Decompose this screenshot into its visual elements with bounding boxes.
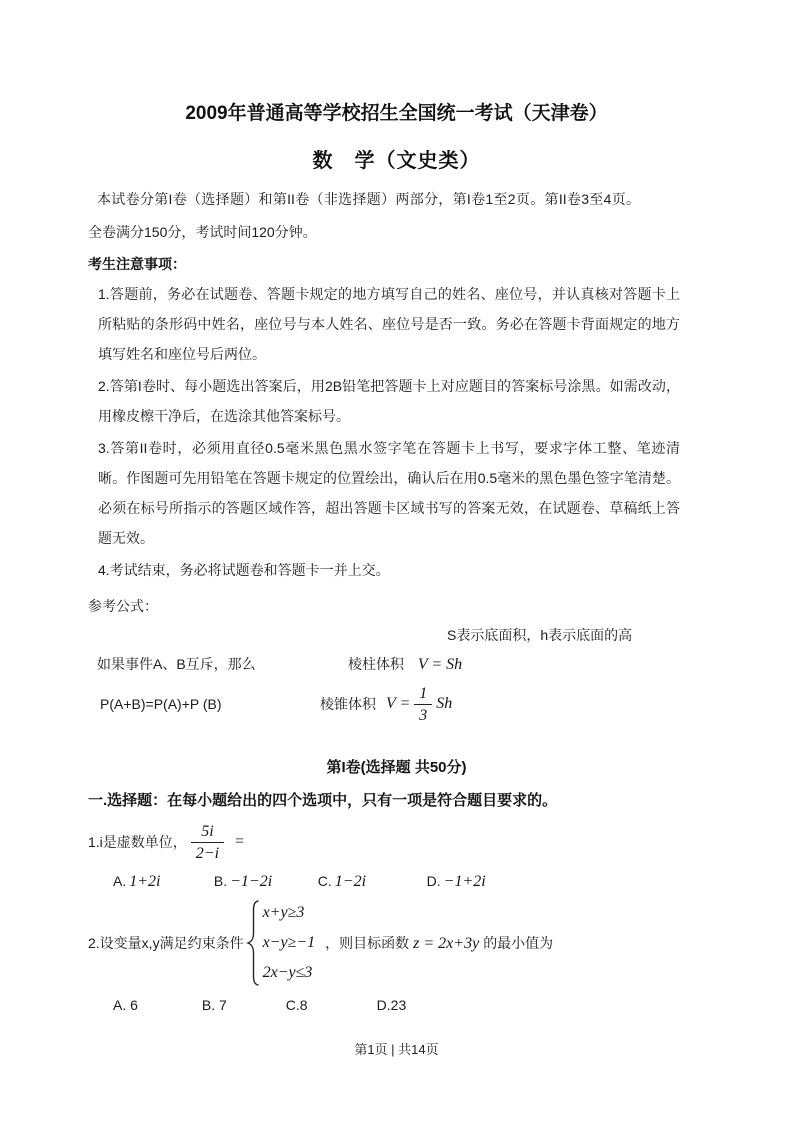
q1-option-d-value: −1+2i <box>444 873 486 890</box>
constraint-system: x+y≥3 x−y≥−1 2x−y≤3 <box>263 898 316 988</box>
fraction-denominator: 3 <box>414 705 432 725</box>
q2-objective-formula: z = 2x+3y <box>413 935 479 952</box>
q1-option-a-label: A. <box>113 873 126 889</box>
q1-option-b-value: −1−2i <box>230 873 272 890</box>
notice-item-2: 2.答第I卷时、每小题选出答案后，用2B铅笔把答题卡上对应题目的答案标号涂黑。如… <box>88 371 705 431</box>
q1-options-row: A.1+2i B.−1−2i C.1−2i D.−1+2i <box>88 869 705 893</box>
q1-equals-sign: = <box>234 833 245 851</box>
q1-option-c-label: C. <box>318 873 332 889</box>
q2-option-a: A. 6 <box>113 993 198 1017</box>
pyramid-volume-formula-post: Sh <box>436 695 452 713</box>
q1-option-b-label: B. <box>214 873 227 889</box>
notice-item-1: 1.答题前，务必在试题卷、答题卡规定的地方填写自己的姓名、座位号，并认真核对答题… <box>88 279 705 369</box>
prism-volume-label: 棱柱体积 <box>348 656 404 672</box>
question-1: 1.i是虚数单位， 5i 2−i = <box>88 819 705 865</box>
q1-prefix: 1.i是虚数单位， <box>88 832 187 852</box>
prism-volume-formula: V = Sh <box>418 656 462 673</box>
q2-option-b: B. 7 <box>202 993 282 1017</box>
formula-row-prism: 如果事件A、B互斥，那么 棱柱体积 V = Sh <box>88 651 705 677</box>
q1-option-c-value: 1−2i <box>335 873 366 890</box>
intro-paragraph: 本试卷分第I卷（选择题）和第II卷（非选择题）两部分，第I卷1至2页。第II卷3… <box>88 183 705 249</box>
q1-fraction-numerator: 5i <box>191 822 224 843</box>
prism-volume: 棱柱体积 V = Sh <box>348 654 462 674</box>
page-title: 2009年普通高等学校招生全国统一考试（天津卷） <box>88 100 705 128</box>
mutually-exclusive-label: 如果事件A、B互斥，那么 <box>97 654 348 674</box>
q2-options-row: A. 6 B. 7 C.8 D.23 <box>88 993 705 1017</box>
constraint-2: x−y≥−1 <box>263 928 316 958</box>
q2-option-d: D.23 <box>377 993 407 1017</box>
q1-option-d-label: D. <box>427 873 441 889</box>
formula-note: S表示底面积，h表示底面的高 <box>447 623 705 647</box>
fraction-numerator: 1 <box>414 684 432 705</box>
exam-paper-page: 2009年普通高等学校招生全国统一考试（天津卷） 数 学（文史类） 本试卷分第I… <box>0 0 793 1122</box>
notice-heading: 考生注意事项： <box>88 251 705 277</box>
page-number-footer: 第1页 | 共14页 <box>88 1040 705 1060</box>
q1-option-c: C.1−2i <box>318 869 423 894</box>
notice-item-3: 3.答第II卷时，必须用直径0.5毫米黑色黑水签字笔在答题卡上书写，要求字体工整… <box>88 433 705 553</box>
pyramid-volume: 棱锥体积 V = 1 3 Sh <box>320 684 452 725</box>
q2-suffix: ，则目标函数z = 2x+3y的最小值为 <box>325 933 553 953</box>
q1-option-d: D.−1+2i <box>427 869 486 894</box>
pyramid-volume-fraction: 1 3 <box>414 684 432 725</box>
q2-prefix: 2.设变量x,y满足约束条件 <box>88 933 244 953</box>
probability-formula: P(A+B)=P(A)+P (B) <box>100 696 320 712</box>
q2-suffix-pre: ，则目标函数 <box>325 935 409 951</box>
system-left-brace <box>246 899 261 987</box>
q1-fraction-denominator: 2−i <box>191 843 224 863</box>
pyramid-volume-label: 棱锥体积 <box>320 694 376 714</box>
constraint-3: 2x−y≤3 <box>263 958 316 988</box>
section1-header: 第I卷(选择题 共50分) <box>88 755 705 781</box>
q1-fraction: 5i 2−i <box>191 822 224 863</box>
notice-item-4: 4.考试结束，务必将试题卷和答题卡一并上交。 <box>88 555 705 585</box>
q2-option-c: C.8 <box>286 993 373 1017</box>
q1-option-a: A.1+2i <box>113 869 210 894</box>
pyramid-volume-formula-pre: V = <box>386 695 410 713</box>
question-2: 2.设变量x,y满足约束条件 x+y≥3 x−y≥−1 2x−y≤3 ，则目标函… <box>88 897 705 989</box>
formula-row-pyramid: P(A+B)=P(A)+P (B) 棱锥体积 V = 1 3 Sh <box>88 681 705 727</box>
reference-formula-heading: 参考公式： <box>88 593 705 619</box>
multiple-choice-instruction: 一.选择题：在每小题给出的四个选项中，只有一项是符合题目要求的。 <box>88 789 705 813</box>
q2-suffix-post: 的最小值为 <box>483 935 553 951</box>
page-subtitle: 数 学（文史类） <box>88 146 705 176</box>
q1-option-b: B.−1−2i <box>214 869 314 894</box>
constraint-1: x+y≥3 <box>263 898 316 928</box>
q1-option-a-value: 1+2i <box>129 873 160 890</box>
